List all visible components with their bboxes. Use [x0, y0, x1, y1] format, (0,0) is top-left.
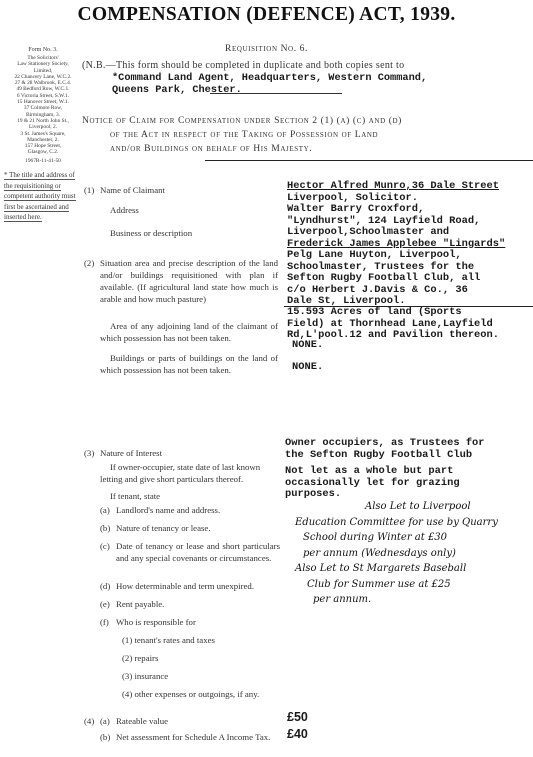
tenant-item-label: Date of tenancy or lease and short parti…	[116, 540, 280, 574]
adjoining-land-label: Area of any adjoining land of the claima…	[100, 320, 278, 344]
divider	[284, 306, 533, 307]
situation-answer: 15.593 Acres of land (SportsField) at Th…	[287, 307, 533, 342]
claimant-answer-line: Liverpool,Schoolmaster and	[287, 227, 533, 239]
interest-answer: Owner occupiers, as Trustees forthe Seft…	[285, 438, 533, 501]
form-code: 1967R-11-41-50	[4, 158, 82, 164]
addressee-line: *Command Land Agent, Headquarters, Weste…	[112, 72, 427, 84]
tenant-item: (e)Rent payable.	[100, 598, 280, 610]
rateable-value: £50	[287, 710, 308, 724]
section-number: (1)	[84, 184, 94, 196]
tenant-item: (a)Landlord's name and address.	[100, 504, 280, 516]
tenant-item-label: Nature of tenancy or lease.	[116, 522, 280, 534]
handwritten-line: Education Committee for use by Quarry	[295, 515, 531, 531]
claimant-answer: Hector Alfred Munro,36 Dale StreetLiverp…	[287, 181, 533, 308]
tenant-item: (b)Nature of tenancy or lease.	[100, 522, 280, 534]
form-number: Form No. 3.	[4, 47, 82, 53]
claimant-name-label: Name of Claimant	[100, 184, 165, 196]
notice-line: Notice of Claim for Compensation under S…	[82, 114, 492, 128]
situation-answer-line: Rd,L'pool.12 and Pavilion thereon.	[287, 330, 533, 342]
publisher-line: Glasgow, C.2.	[4, 149, 82, 155]
claimant-business-label: Business or description	[110, 227, 192, 239]
interest-answer-line: Owner occupiers, as Trustees for	[285, 438, 533, 450]
notice-heading: Notice of Claim for Compensation under S…	[82, 114, 492, 156]
claimant-answer-line: Walter Barry Croxford,	[287, 204, 533, 216]
tenant-item: (d)How determinable and term unexpired.	[100, 580, 280, 592]
tenant-label: If tenant, state	[110, 490, 160, 502]
responsible-item: (3) insurance	[100, 670, 280, 682]
section-number: (4)	[84, 715, 94, 727]
document-title: COMPENSATION (DEFENCE) ACT, 1939.	[0, 4, 533, 26]
tenant-item-label: Who is responsible for	[116, 616, 280, 628]
net-label: Net assessment for Schedule A Income Tax…	[116, 731, 284, 743]
section-number: (2)	[84, 257, 94, 269]
owner-occupier-label: If owner-occupier, state date of last kn…	[100, 461, 278, 485]
divider	[205, 160, 533, 161]
margin-footnote: * The title and address of the requisiti…	[4, 170, 80, 223]
responsible-item: (4) other expenses or outgoings, if any.	[100, 688, 280, 700]
net-key: (b)	[100, 731, 110, 743]
tenant-item-key: (f)	[100, 616, 116, 628]
tenant-item-label: Landlord's name and address.	[116, 504, 280, 516]
tenant-item-label: How determinable and term unexpired.	[116, 580, 280, 592]
publisher-block: The Solicitors'Law Stationery Society,Li…	[4, 55, 82, 156]
rateable-label: Rateable value	[116, 715, 168, 727]
owner-occupier-answer-line: Not let as a whole but part	[285, 466, 533, 478]
tenant-item-key: (d)	[100, 580, 116, 592]
handwritten-line: School during Winter at £30	[295, 530, 531, 546]
buildings-label: Buildings or parts of buildings on the l…	[100, 352, 278, 376]
tenant-item-label: Rent payable.	[116, 598, 280, 610]
claimant-answer-line: Sefton Rugby Football Club, all	[287, 273, 533, 285]
handwritten-line: Also Let to Liverpool	[295, 499, 531, 515]
net-value: £40	[287, 727, 308, 741]
handwritten-line: Club for Summer use at £25	[295, 577, 531, 593]
handwritten-line: Also Let to St Margarets Baseball	[295, 561, 531, 577]
handwritten-line: per annum (Wednesdays only)	[295, 546, 531, 562]
claimant-answer-line: Hector Alfred Munro,36 Dale Street	[287, 181, 533, 193]
notice-line: of the Act in respect of the Taking of P…	[82, 128, 492, 142]
responsible-item: (2) repairs	[100, 652, 280, 664]
buildings-answer: NONE.	[292, 362, 323, 374]
tenant-item-key: (b)	[100, 522, 116, 534]
tenant-item-key: (c)	[100, 540, 116, 574]
handwritten-line: per annum.	[295, 592, 531, 608]
addressee-line: Queens Park, Chester.	[112, 84, 427, 96]
handwritten-annotation: Also Let to LiverpoolEducation Committee…	[295, 499, 531, 608]
divider	[210, 93, 342, 94]
situation-answer-line: 15.593 Acres of land (Sports	[287, 307, 533, 319]
adjoining-land-answer: NONE.	[292, 340, 323, 352]
claimant-answer-line: Pelg Lane Huyton, Liverpool,	[287, 250, 533, 262]
situation-label: Situation area and precise description o…	[100, 257, 278, 305]
section-number: (3)	[84, 447, 94, 459]
margin-footnote-text: * The title and address of the requisiti…	[4, 171, 76, 222]
tenant-item-key: (a)	[100, 504, 116, 516]
nb-instruction: (N.B.—This form should be completed in d…	[82, 60, 404, 71]
tenant-item: (f)Who is responsible for	[100, 616, 280, 628]
claimant-address-label: Address	[110, 204, 139, 216]
responsible-item: (1) tenant's rates and taxes	[100, 634, 280, 646]
notice-line: and/or Buildings on behalf of His Majest…	[82, 142, 492, 156]
tenant-items: (a)Landlord's name and address.(b)Nature…	[100, 504, 280, 700]
interest-answer-line: the Sefton Rugby Football Club	[285, 450, 533, 462]
tenant-item-key: (e)	[100, 598, 116, 610]
interest-label: Nature of Interest	[100, 447, 162, 459]
tenant-item: (c)Date of tenancy or lease and short pa…	[100, 540, 280, 574]
rateable-key: (a)	[100, 715, 110, 727]
